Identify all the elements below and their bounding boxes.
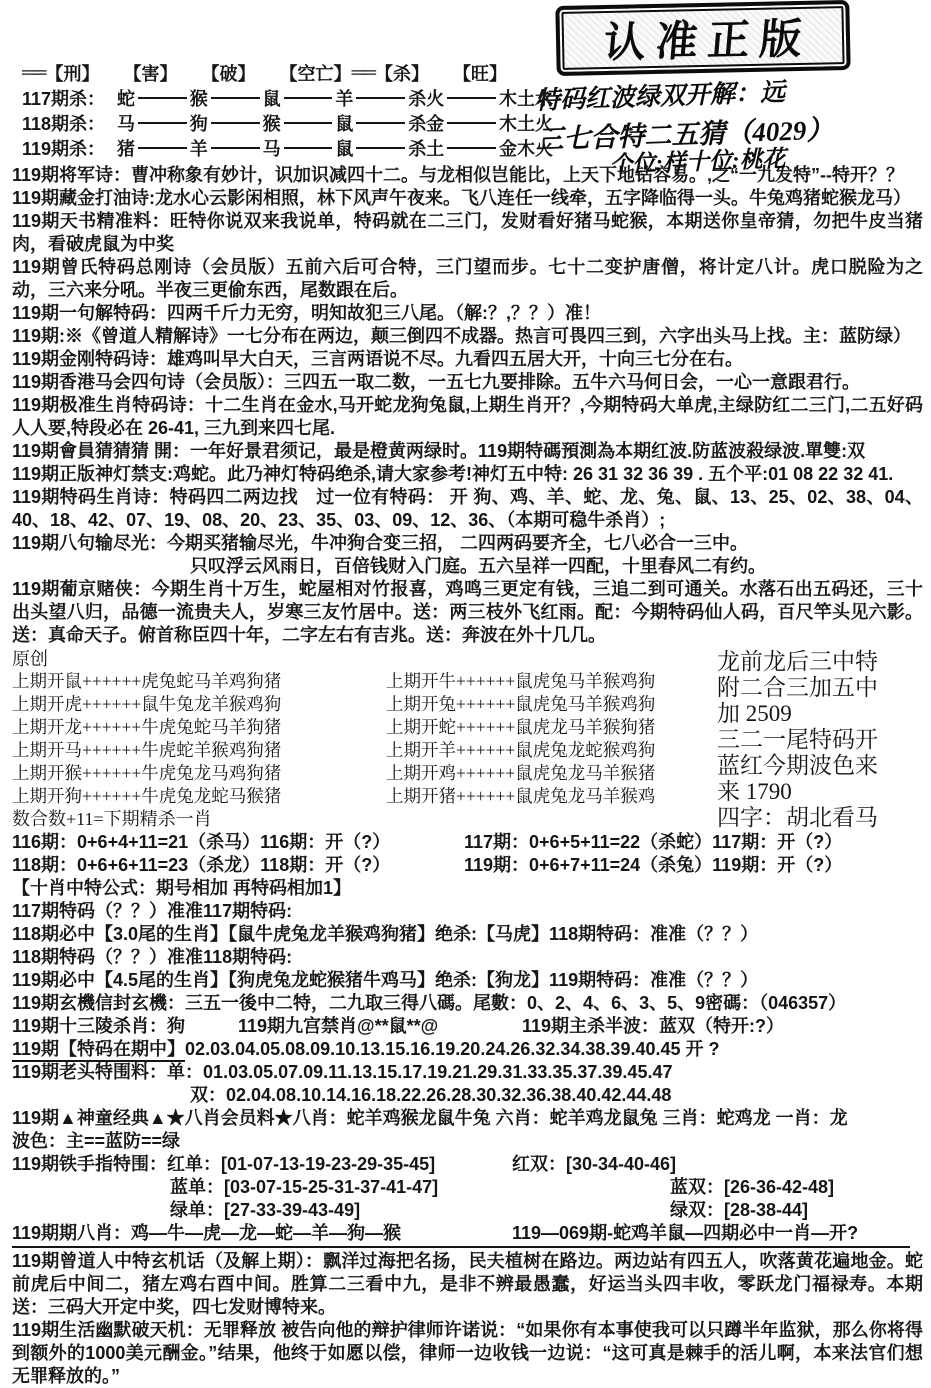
- four-period-note: 119—069期-蛇鸡羊鼠—四期必中一肖—开?: [512, 1222, 858, 1245]
- text-line-117: 117期特码（？？）准准117期特码:: [12, 900, 923, 923]
- text-line-huiyuan: 119期會員猜猜猜 開：一年好景君须记，最是橙黄两绿时。119期特碼預測為本期红…: [12, 440, 923, 463]
- original-row: 上期开羊++++++鼠虎兔龙蛇猴鸡狗: [386, 739, 655, 762]
- thirteen-kill: 119期十三陵杀肖：狗: [12, 1015, 238, 1038]
- text-line-baju-1: 119期八句输尽光：今期买猪输尽光，牛冲狗合变三招， 二四两码要齐全，七八必合一…: [12, 532, 923, 555]
- original-left-column: 上期开鼠++++++虎兔蛇马羊鸡狗猪 上期开虎++++++鼠牛兔龙羊猴鸡狗 上期…: [12, 670, 386, 808]
- wave-color-line: 波色：主==蓝防==绿: [12, 1130, 923, 1153]
- row-label: 118期杀：: [22, 110, 116, 136]
- side-note-line: 四字：胡北看马: [717, 805, 927, 831]
- kill-table-row: 118期杀： 马 狗 猴 鼠 杀金 木土火: [22, 110, 554, 135]
- iron-hand-row: 119期铁手指特围：红单：[01-07-13-19-23-29-35-45] 红…: [12, 1153, 923, 1176]
- original-row: 上期开兔++++++鼠虎兔马羊猴鸡狗: [386, 693, 655, 716]
- handwritten-notes: 特码红波绿双开解：远 三七合特二五猜（4029） 个位:样十位:桃花: [534, 67, 931, 182]
- lower-text-flow: 116期：0+6+4+11=21（杀马）116期：开（?） 117期：0+6+5…: [0, 831, 931, 1388]
- iron-hand-red-single: 红单：[01-07-13-19-23-29-35-45]: [167, 1154, 435, 1174]
- text-line-119-bizhong: 119期必中【4.5尾的生肖】【狗虎兔龙蛇猴猪牛鸡马】绝杀:【狗龙】119期特码…: [12, 969, 923, 992]
- formula-row: 116期：0+6+4+11=21（杀马）116期：开（?） 117期：0+6+5…: [12, 831, 923, 854]
- in-period-row: 119期【特码在期中】02.03.04.05.08.09.10.13.15.16…: [12, 1038, 923, 1061]
- thirteen-ling-row: 119期十三陵杀肖：狗 119期九宫禁肖@**鼠**@ 119期主杀半波：蓝双（…: [12, 1015, 923, 1038]
- text-line-jingang: 119期金刚特码诗：雄鸡叫早大白天，三言两语说不尽。九看四五居大开，十向三七分在…: [12, 348, 923, 371]
- side-note-line: 蓝红今期波色来: [717, 753, 927, 779]
- dash-line: [138, 122, 187, 124]
- text-line-xuanji: 119期玄機信封玄機：三五一後中二特，二九取三得八碼。尾數：0、2、4、6、3、…: [12, 992, 923, 1015]
- original-section: 原创 上期开鼠++++++虎兔蛇马羊鸡狗猪 上期开虎++++++鼠牛兔龙羊猴鸡狗…: [0, 647, 931, 831]
- dash-line: [211, 147, 260, 149]
- dash-line: [356, 97, 405, 99]
- text-line-yijie: 119期一句解特码：四两千斤力无穷，明知故犯三八尾。（解:？,？？）准！: [12, 302, 923, 325]
- formula-cell: 118期：0+6+6+11=23（杀龙）118期：开（?）: [12, 854, 464, 877]
- in-period-label: 119期【特码在期中】: [12, 1039, 185, 1062]
- original-row: 上期开猪++++++鼠虎兔龙马羊猴鸡: [386, 785, 655, 808]
- kill-header-cell: 【害】: [124, 60, 178, 86]
- dash-line: [447, 122, 496, 124]
- original-table: 原创 上期开鼠++++++虎兔蛇马羊鸡狗猪 上期开虎++++++鼠牛兔龙羊猴鸡狗…: [12, 649, 717, 831]
- original-row: 上期开牛++++++鼠虎兔马羊猴鸡狗: [386, 670, 655, 693]
- formula-cell: 116期：0+6+4+11=21（杀马）116期：开（?）: [12, 831, 464, 854]
- old-head-odd: 单：01.03.05.07.09.11.13.15.17.19.21.29.31…: [167, 1062, 672, 1082]
- original-right-column: 上期开牛++++++鼠虎兔马羊猴鸡狗 上期开兔++++++鼠虎兔马羊猴鸡狗 上期…: [386, 670, 655, 808]
- side-note-line: 加 2509: [717, 701, 927, 727]
- kill-cell: 鼠: [262, 85, 282, 111]
- original-row: 上期开狗++++++牛虎兔龙蛇马猴猪: [12, 785, 386, 808]
- original-title: 原创: [12, 649, 717, 670]
- kill-cell: 杀土: [407, 135, 445, 161]
- kill-cell: 杀金: [407, 110, 445, 136]
- iron-hand-green-single: 绿单：[27-33-39-43-49]: [12, 1199, 670, 1222]
- text-line-baju-2: 只叹浮云风雨日，百倍钱财入门庭。五六呈祥一四配，十里春风二有约。: [12, 555, 923, 578]
- iron-hand-left: 119期铁手指特围：红单：[01-07-13-19-23-29-35-45]: [12, 1153, 512, 1176]
- side-note-block: 龙前龙后三中特 附二合三加五中 加 2509 三二一尾特码开 蓝红今期波色来 来…: [717, 649, 927, 831]
- old-head-label: 119期老头特围料：: [12, 1062, 167, 1082]
- old-head-odd-row: 119期老头特围料：单：01.03.05.07.09.11.13.15.17.1…: [12, 1061, 923, 1084]
- text-line-zengdaoren: 119期:※《曾道人精解诗》一七分布在两边，颠三倒四不成器。热言可畏四三到，六字…: [12, 325, 923, 348]
- kill-cell: 马: [262, 135, 282, 161]
- authentic-edition-stamp: 认准正版: [555, 0, 850, 76]
- formula-cell: 119期：0+6+7+11=24（杀兔）119期：开（?）: [464, 854, 842, 877]
- text-line-humor: 119期生活幽默破天机：无罪释放 被告向他的辩护律师许诺说：“如果你有本事使我可…: [12, 1319, 923, 1388]
- text-line-cangjin-poem: 119期藏金打油诗:龙水心云影闲相照，林下风声午夜来。飞八连任一线牵，五字降临得…: [12, 187, 923, 210]
- kill-cell: 狗: [189, 110, 209, 136]
- original-row: 上期开蛇++++++鼠虎龙马羊猴狗猪: [386, 716, 655, 739]
- text-line-shengxiao-poem: 119期特码生肖诗：特码四二两边找 过一位有特码： 开 狗、鸡、羊、蛇、龙、兔、…: [12, 486, 923, 532]
- shentong-line: 119期▲神童经典▲★八肖会员料★八肖：蛇羊鸡猴龙鼠牛兔 六肖：蛇羊鸡龙鼠兔 三…: [12, 1107, 923, 1130]
- kill-header-cell: 【杀】: [375, 60, 429, 86]
- kill-cell: 鼠: [334, 135, 354, 161]
- iron-hand-green-double: 绿双：[28-38-44]: [670, 1199, 808, 1222]
- top-zone: 认准正版 特码红波绿双开解：远 三七合特二五猜（4029） 个位:样十位:桃花 …: [0, 0, 931, 164]
- formula-cell: 117期：0+6+5+11=22（杀蛇）117期：开（?）: [464, 831, 842, 854]
- eight-xiao-row: 119期期八肖：鸡—牛—虎—龙—蛇—羊—狗—猴 119—069期-蛇鸡羊鼠—四期…: [12, 1222, 910, 1248]
- dash-line: [356, 147, 405, 149]
- iron-hand-blue-single: 蓝单：[03-07-15-25-31-37-41-47]: [12, 1176, 670, 1199]
- in-period-numbers: 02.03.04.05.08.09.10.13.15.16.19.20.24.2…: [185, 1039, 719, 1059]
- kill-cell: 猴: [189, 85, 209, 111]
- iron-hand-row: 蓝单：[03-07-15-25-31-37-41-47] 蓝双：[26-36-4…: [12, 1176, 923, 1199]
- text-line-pujing: 119期葡京赌侠：今期生肖十万生，蛇屋相对竹报喜，鸡鸣三更定有钱，三追二到可通关…: [12, 578, 923, 647]
- kill-cell: 马: [116, 110, 136, 136]
- side-note-line: 龙前龙后三中特: [717, 649, 927, 675]
- kill-cell: 金木火: [498, 135, 554, 161]
- dash-line: [356, 122, 405, 124]
- dash-line: [284, 97, 333, 99]
- dash-line: [447, 147, 496, 149]
- jiugong-ban: 119期九宫禁肖@**鼠**@: [238, 1015, 522, 1038]
- dash-line: [211, 122, 260, 124]
- dash-line: [447, 97, 496, 99]
- kill-table-header: ══ 【刑】 【害】 【破】 【空亡】 ══ 【杀】 【旺】: [22, 60, 554, 85]
- formula-row: 118期：0+6+6+11=23（杀龙）118期：开（?） 119期：0+6+7…: [12, 854, 923, 877]
- kill-cell: 猪: [116, 135, 136, 161]
- kill-cell: 羊: [334, 85, 354, 111]
- dash-line: [138, 147, 187, 149]
- dash-line: [211, 97, 260, 99]
- kill-header-cell: 【旺】: [453, 60, 507, 86]
- old-head-even-row: 双：02.04.08.10.14.16.18.22.26.28.30.32.36…: [12, 1084, 923, 1107]
- kill-cell: 木土水: [498, 85, 554, 111]
- stamp-text: 认准正版: [591, 6, 814, 71]
- kill-cell: 杀火: [407, 85, 445, 111]
- kill-table-row: 119期杀： 猪 羊 马 鼠 杀土 金木火: [22, 135, 554, 160]
- original-footer: 数合数+11=下期精杀一肖: [12, 808, 717, 831]
- original-row: 上期开虎++++++鼠牛兔龙羊猴鸡狗: [12, 693, 386, 716]
- kill-cell: 木土火: [498, 110, 554, 136]
- side-note-line: 附二合三加五中: [717, 675, 927, 701]
- eight-xiao-list: 119期期八肖：鸡—牛—虎—龙—蛇—羊—狗—猴: [12, 1222, 512, 1245]
- row-label: 117期杀：: [22, 85, 116, 111]
- iron-hand-red-double: 红双：[30-34-40-46]: [512, 1153, 676, 1176]
- kill-cell: 鼠: [334, 110, 354, 136]
- dash-line: [284, 147, 333, 149]
- text-line-118-bizhong: 118期必中【3.0尾的生肖】【鼠牛虎兔龙羊猴鸡狗猪】绝杀:【马虎】118期特码…: [12, 923, 923, 946]
- kill-table-row: 117期杀： 蛇 猴 鼠 羊 杀火 木土水: [22, 85, 554, 110]
- original-row: 上期开马++++++牛虎蛇羊猴鸡狗猪: [12, 739, 386, 762]
- text-line-zengshi: 119期曾氏特码总刚诗（会员版）五前六后可合特，三门望而步。七十二变护唐僧，将计…: [12, 256, 923, 302]
- text-line-tianshu: 119期天书精准料：旺特你说双来我说单，特码就在二三门，发财看好猪马蛇猴，本期送…: [12, 210, 923, 256]
- kill-cell: 猴: [262, 110, 282, 136]
- double-bar: ══: [22, 62, 46, 83]
- iron-hand-label: 119期铁手指特围：: [12, 1154, 167, 1174]
- text-line-jizhun: 119期极准生肖特码诗：十二生肖在金水,马开蛇龙狗兔鼠,上期生肖开？,今期特码大…: [12, 394, 923, 440]
- text-line-shendeng: 119期正版神灯禁支:鸡蛇。此乃神灯特码绝杀,请大家参考!神灯五中特: 26 3…: [12, 463, 923, 486]
- original-row: 上期开龙++++++牛虎兔蛇马羊狗猪: [12, 716, 386, 739]
- kill-cell: 蛇: [116, 85, 136, 111]
- kill-header-cell: 【空亡】: [280, 60, 352, 86]
- kill-cell: 羊: [189, 135, 209, 161]
- lottery-tip-sheet: 认准正版 特码红波绿双开解：远 三七合特二五猜（4029） 个位:样十位:桃花 …: [0, 0, 931, 1388]
- original-row: 上期开鸡++++++鼠虎兔龙马羊猴猪: [386, 762, 655, 785]
- main-text-flow: 119期将军诗：曹冲称象有妙计，识加识减四十二。与龙相似岂能比，上天下地钻容易。…: [0, 164, 931, 647]
- iron-hand-blue-double: 蓝双：[26-36-42-48]: [670, 1176, 834, 1199]
- dash-line: [284, 122, 333, 124]
- kill-header-cell: 【刑】: [46, 60, 100, 86]
- side-note-line: 来 1790: [717, 779, 927, 805]
- kill-table: ══ 【刑】 【害】 【破】 【空亡】 ══ 【杀】 【旺】 117期杀： 蛇 …: [22, 60, 554, 160]
- kill-header-cell: 【破】: [202, 60, 256, 86]
- original-row: 上期开猴++++++牛虎兔龙马鸡狗猪: [12, 762, 386, 785]
- iron-hand-row: 绿单：[27-33-39-43-49] 绿双：[28-38-44]: [12, 1199, 923, 1222]
- dash-line: [138, 97, 187, 99]
- text-line-xuanjihua: 119期曾道人中特玄机话（及解上期）：飘洋过海把名扬，民夫植树在路边。两边站有四…: [12, 1250, 923, 1319]
- row-label: 119期杀：: [22, 135, 116, 161]
- side-note-line: 三二一尾特码开: [717, 727, 927, 753]
- half-wave-kill: 119期主杀半波：蓝双（特开:?）: [522, 1015, 784, 1038]
- double-bar: ══: [352, 62, 376, 83]
- text-line-hkmahui: 119期香港马会四句诗（会员版）：三四五一取二数，一五七九要排除。五牛六马何日会…: [12, 371, 923, 394]
- text-line-118: 118期特码（？？）准准118期特码:: [12, 946, 923, 969]
- text-line-formula-note: 【十肖中特公式：期号相加 再特码相加1】: [12, 877, 923, 900]
- original-row: 上期开鼠++++++虎兔蛇马羊鸡狗猪: [12, 670, 386, 693]
